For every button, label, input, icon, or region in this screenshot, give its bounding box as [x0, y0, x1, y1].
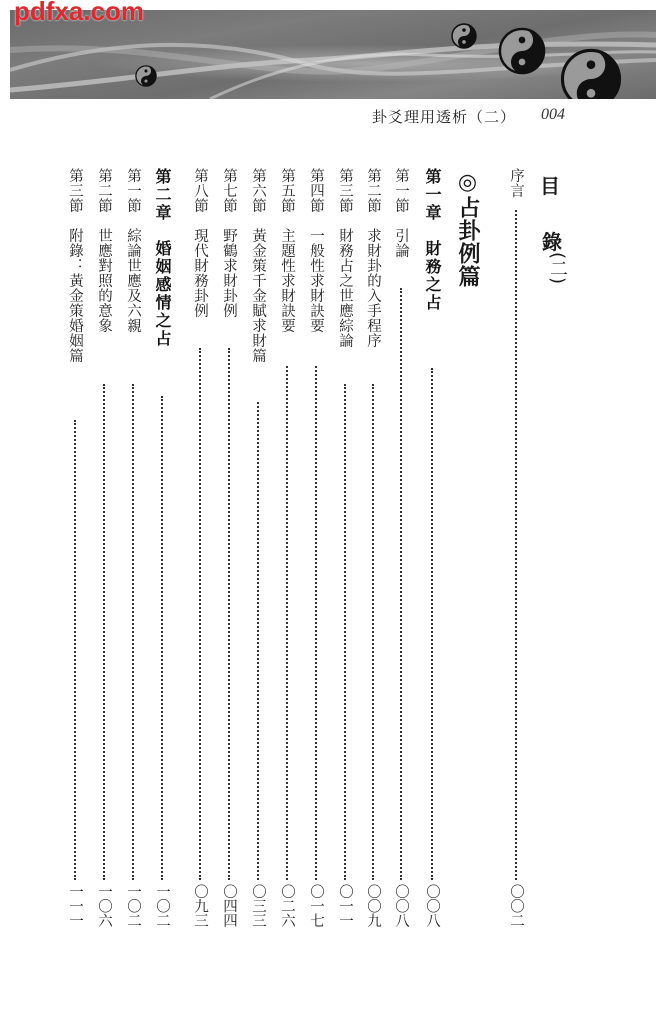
toc-entry-label: 第一節 引論	[392, 168, 410, 258]
watermark: pdfxa.com	[14, 0, 144, 27]
toc-section-1-2[interactable]: 第二節 求財卦的入手程序 〇〇九	[364, 168, 382, 348]
toc-section-2-1[interactable]: 第一節 綜論世應及六親 一〇二	[124, 168, 142, 333]
leader-dots	[199, 348, 201, 880]
toc-section-1-6[interactable]: 第六節 黃金策千金賦求財篇 〇三三	[249, 168, 267, 363]
toc-title-volume: (二)	[544, 252, 570, 284]
toc-chapter-2[interactable]: 第二章 婚姻感情之占 一〇二	[153, 168, 171, 348]
leader-dots	[286, 366, 288, 880]
leader-dots	[257, 402, 259, 880]
toc-entry-page: 一〇二	[153, 884, 171, 928]
toc-section-2-2[interactable]: 第二節 世應對照的意象 一〇六	[95, 168, 113, 333]
toc-section-2-3[interactable]: 第三節 附錄：黃金策婚姻篇 一一一	[66, 168, 84, 363]
yin-yang-icon	[498, 27, 546, 75]
leader-dots	[400, 288, 402, 880]
toc-section-1-8[interactable]: 第八節 現代財務卦例 〇九三	[191, 168, 209, 318]
leader-dots	[315, 366, 317, 880]
toc-entry-page: 一〇二	[124, 884, 142, 928]
leader-dots	[132, 384, 134, 880]
toc-entry-label: 第二節 求財卦的入手程序	[364, 168, 382, 348]
toc-entry-label: 第一節 綜論世應及六親	[124, 168, 142, 333]
leader-dots	[161, 396, 163, 880]
page-number: 004	[541, 106, 565, 124]
toc-entry-label: 第八節 現代財務卦例	[191, 168, 209, 318]
leader-dots	[431, 368, 433, 880]
toc-entry-label: 第四節 一般性求財訣要	[307, 168, 325, 333]
toc-entry-page: 〇三三	[249, 884, 267, 928]
toc-entry-label: 第五節 主題性求財訣要	[278, 168, 296, 333]
yin-yang-icon	[451, 23, 477, 49]
toc-entry-label: 第二節 世應對照的意象	[95, 168, 113, 333]
toc-entry-page: 一〇六	[95, 884, 113, 928]
leader-dots	[372, 384, 374, 880]
toc-section-1-1[interactable]: 第一節 引論 〇〇八	[392, 168, 410, 258]
toc-entry-page: 〇九三	[191, 884, 209, 928]
toc-chapter-1[interactable]: 第一章 財務之占 〇〇八	[423, 168, 441, 312]
yin-yang-icon	[135, 65, 157, 87]
toc-entry-page: 〇〇二	[507, 884, 525, 928]
toc-entry-page: 〇一一	[336, 884, 354, 928]
toc-entry-preface[interactable]: 序言 〇〇二	[507, 168, 525, 198]
toc-entry-label: 第三節 財務占之世應綜論	[336, 168, 354, 348]
leader-dots	[103, 384, 105, 880]
toc-section-1-7[interactable]: 第七節 野鶴求財卦例 〇四四	[220, 168, 238, 318]
toc-entry-page: 〇〇九	[364, 884, 382, 928]
toc-entry-label: 第二章 婚姻感情之占	[153, 168, 171, 348]
toc-entry-label: 序言	[507, 168, 525, 198]
leader-dots	[344, 384, 346, 880]
leader-dots	[515, 210, 517, 880]
toc-entry-page: 〇〇八	[392, 884, 410, 928]
toc-entry-page: 〇二六	[278, 884, 296, 928]
toc-entry-page: 〇〇八	[423, 884, 441, 928]
toc-title-char-1: 目	[540, 170, 560, 199]
toc-section-1-4[interactable]: 第四節 一般性求財訣要 〇一七	[307, 168, 325, 333]
toc-entry-page: 一一一	[66, 884, 84, 928]
toc-entry-label: 第一章 財務之占	[423, 168, 441, 312]
leader-dots	[74, 420, 76, 880]
leader-dots	[228, 348, 230, 880]
toc-title-char-2: 錄	[542, 226, 562, 255]
part-heading: ◎占卦例篇	[456, 170, 478, 288]
toc-entry-label: 第六節 黃金策千金賦求財篇	[249, 168, 267, 363]
toc-entry-page: 〇一七	[307, 884, 325, 928]
toc-entry-label: 第七節 野鶴求財卦例	[220, 168, 238, 318]
toc-section-1-3[interactable]: 第三節 財務占之世應綜論 〇一一	[336, 168, 354, 348]
toc-entry-label: 第三節 附錄：黃金策婚姻篇	[66, 168, 84, 363]
toc-section-1-5[interactable]: 第五節 主題性求財訣要 〇二六	[278, 168, 296, 333]
running-head-title: 卦爻理用透析（二）	[372, 106, 516, 127]
toc-entry-page: 〇四四	[220, 884, 238, 928]
